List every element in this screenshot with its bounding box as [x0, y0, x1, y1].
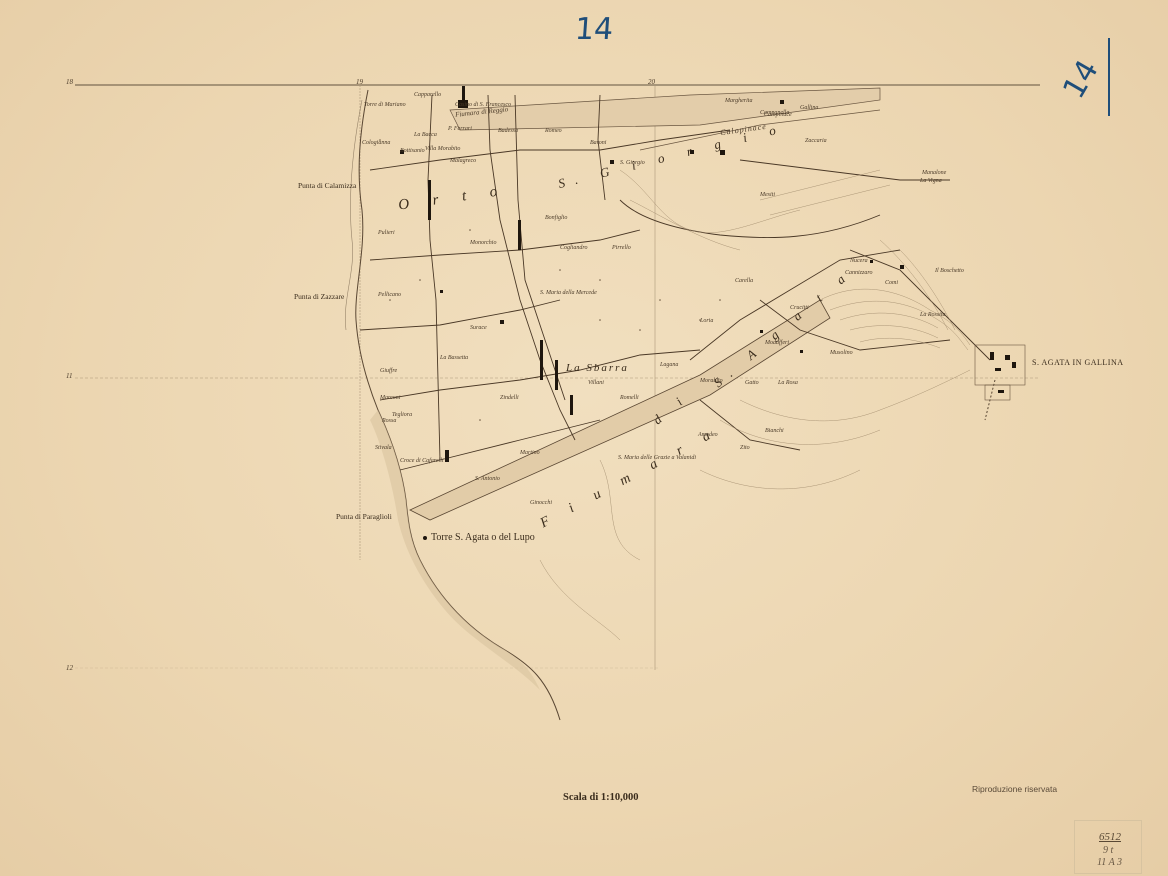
grid-mark-left-12: 12: [66, 664, 73, 672]
place-label: Cologianna: [362, 140, 390, 146]
place-label: Gallina: [800, 105, 818, 111]
map-drawing: [0, 0, 1168, 876]
label-sagata-in-gallina: S. AGATA IN GALLINA: [1032, 358, 1124, 367]
place-label: Bottisanio: [400, 148, 425, 154]
place-label: Cannizzaro: [845, 270, 872, 276]
place-label: Pellicano: [378, 292, 401, 298]
place-label: La Rossita: [920, 312, 946, 318]
place-label: Casino di S. Francesco: [455, 102, 511, 108]
place-label: Malagreco: [450, 158, 476, 164]
label-punta-zazzare: Punta di Zazzare: [294, 292, 344, 301]
place-label: P. Ferrari: [448, 126, 472, 132]
place-label: Marconi: [380, 395, 400, 401]
place-label: La Rosa: [778, 380, 798, 386]
place-label: Bonfiglio: [545, 215, 567, 221]
place-label: Carella: [735, 278, 753, 284]
place-label: Modafferi: [765, 340, 789, 346]
place-label: Mesiti: [760, 192, 775, 198]
place-label: Pulieri: [378, 230, 395, 236]
place-label: Badessa: [498, 128, 518, 134]
place-label: Crucitti: [790, 305, 809, 311]
archive-stamp-line1: 6512: [1099, 831, 1121, 843]
place-label: Manalone: [922, 170, 946, 176]
place-label: La Vigna: [920, 178, 942, 184]
place-label: S. Antonio: [475, 476, 500, 482]
place-label: Capparello: [414, 92, 441, 98]
town-plan: [975, 345, 1025, 400]
place-label: Zito: [740, 445, 750, 451]
contour-lines: [540, 170, 970, 640]
place-label: Zaccaria: [805, 138, 827, 144]
place-label: Martino: [520, 450, 540, 456]
place-label: Cogliandro: [560, 245, 587, 251]
scale-label: Scala di 1:10,000: [563, 792, 639, 803]
grid-mark-top-20: 20: [648, 78, 655, 86]
sheet-number-top: 14: [574, 12, 615, 47]
place-label: Nucera: [850, 258, 868, 264]
label-punta-calamizza: Punta di Calamizza: [298, 181, 356, 190]
place-label: Villani: [588, 380, 604, 386]
place-label: Giuffre: [380, 368, 397, 374]
place-label: Musolino: [830, 350, 853, 356]
place-label: Villa Morabito: [425, 146, 460, 152]
place-label: La Bacca: [414, 132, 437, 138]
region-la-sbarra: La Sbarra: [566, 362, 629, 374]
archive-stamp: 6512 9 t 11 A 3: [1074, 820, 1142, 874]
place-label: Loria: [700, 318, 713, 324]
place-label: Morabito: [700, 378, 723, 384]
label-torre-sagata: Torre S. Agata o del Lupo: [431, 532, 535, 543]
archive-stamp-line2: 9 t: [1103, 845, 1113, 856]
reproduction-note: Riproduzione riservata: [972, 784, 1057, 794]
place-label: La Bassetta: [440, 355, 468, 361]
place-label: Romeo: [545, 128, 562, 134]
coastline: [345, 90, 560, 720]
place-label: Torre di Mariano: [364, 102, 406, 108]
place-label: Baroni: [590, 140, 606, 146]
place-label: Margherita: [725, 98, 752, 104]
place-label: Gatto: [745, 380, 759, 386]
place-label: S. Maria della Mercede: [540, 290, 597, 296]
place-label: Pirrello: [612, 245, 631, 251]
place-label: S. Giorgio: [620, 160, 645, 166]
place-label: Surace: [470, 325, 487, 331]
place-label: Croce di Cafarelli: [400, 458, 444, 464]
place-label: Tegliora: [392, 412, 412, 418]
map-sheet: 14 14 18 19 20 11 12 Punta di Calamizza …: [0, 0, 1168, 876]
place-label: Amodeo: [698, 432, 718, 438]
blue-pencil-mark: [1108, 38, 1110, 116]
place-label: Monorchio: [470, 240, 496, 246]
place-label: Rossa: [382, 418, 396, 424]
place-label: Il Boschetto: [935, 268, 964, 274]
place-label: Lagana: [660, 362, 678, 368]
place-label: Bianchi: [765, 428, 784, 434]
place-label: Comi: [885, 280, 898, 286]
place-label: Romelli: [620, 395, 639, 401]
place-label: Stivala: [375, 445, 392, 451]
place-label: Calopinace: [764, 112, 792, 118]
beach-shading: [370, 410, 540, 690]
grid-mark-top-19: 19: [356, 78, 363, 86]
archive-stamp-line3: 11 A 3: [1097, 857, 1122, 868]
label-punta-paraglioli: Punta di Paraglioli: [336, 512, 392, 521]
grid-mark-top-18: 18: [66, 78, 73, 86]
grid-mark-left-11: 11: [66, 372, 72, 380]
place-label: Ginocchi: [530, 500, 552, 506]
tower-marker: [423, 536, 427, 540]
place-label: Zindelli: [500, 395, 519, 401]
